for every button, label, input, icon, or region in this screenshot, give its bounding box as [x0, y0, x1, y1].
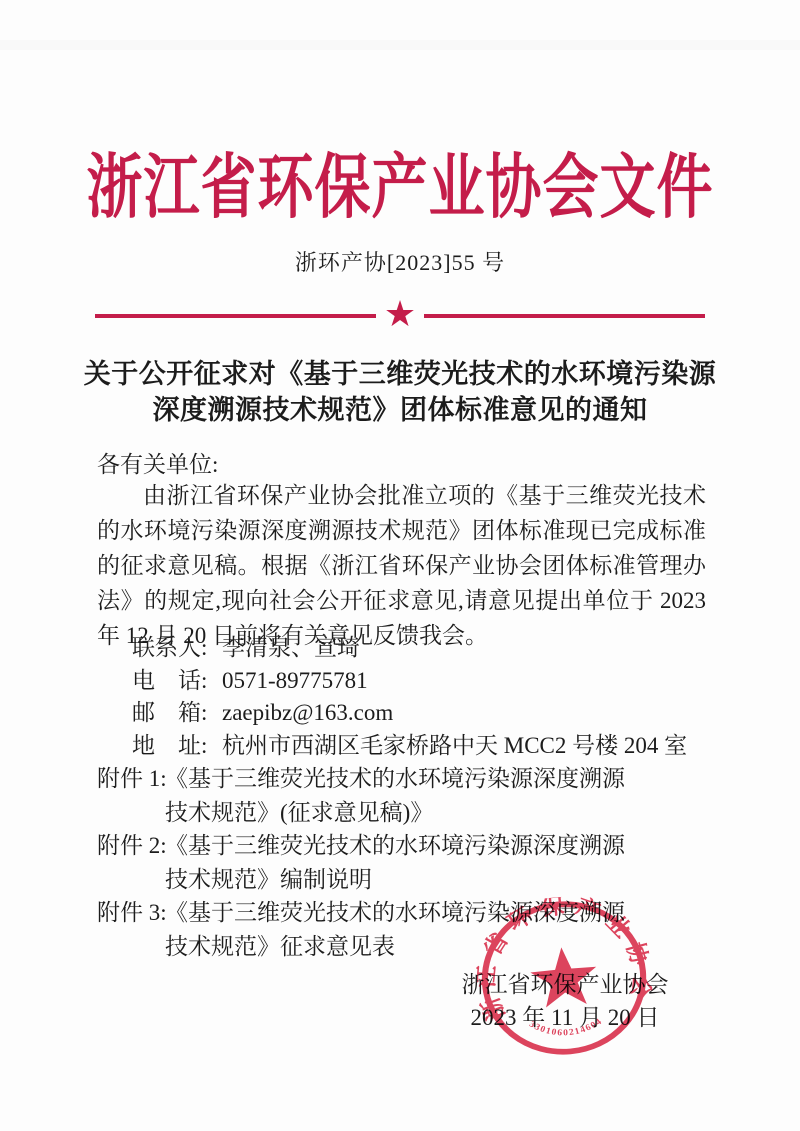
signature-org: 浙江省环保产业协会: [420, 968, 710, 1001]
notice-title-line1: 关于公开征求对《基于三维荧光技术的水环境污染源: [60, 356, 740, 392]
attachment-3: 附件 3: 《基于三维荧光技术的水环境污染源深度溯源 技术规范》征求意见表: [97, 896, 740, 963]
star-icon: ★: [384, 296, 416, 332]
attachment-1-line1: 《基于三维荧光技术的水环境污染源深度溯源: [165, 762, 740, 796]
scan-artifact: [0, 40, 800, 50]
red-divider: ★: [95, 298, 705, 334]
attachment-1: 附件 1: 《基于三维荧光技术的水环境污染源深度溯源 技术规范》(征求意见稿)》: [97, 762, 740, 829]
contact-person-row: 联系人:李清泉、宣琦: [132, 632, 687, 665]
contact-email-value: zaepibz@163.com: [222, 700, 393, 725]
attachment-1-label: 附件 1:: [97, 762, 167, 796]
attachment-3-line2: 技术规范》征求意见表: [165, 930, 740, 964]
attachment-1-line2: 技术规范》(征求意见稿)》: [165, 796, 740, 830]
contact-person-value: 李清泉、宣琦: [222, 635, 360, 660]
attachment-list: 附件 1: 《基于三维荧光技术的水环境污染源深度溯源 技术规范》(征求意见稿)》…: [97, 762, 740, 963]
doc-number: 浙环产协[2023]55 号: [0, 246, 800, 277]
contact-phone-row: 电 话:0571-89775781: [132, 665, 687, 698]
notice-title: 关于公开征求对《基于三维荧光技术的水环境污染源 深度溯源技术规范》团体标准意见的…: [60, 356, 740, 428]
contact-address-value: 杭州市西湖区毛家桥路中天 MCC2 号楼 204 室: [222, 733, 687, 758]
body-paragraph: 由浙江省环保产业协会批准立项的《基于三维荧光技术的水环境污染源深度溯源技术规范》…: [97, 478, 706, 653]
attachment-2-label: 附件 2:: [97, 829, 167, 863]
attachment-2-line2: 技术规范》编制说明: [165, 863, 740, 897]
attachment-3-label: 附件 3:: [97, 896, 167, 930]
contact-phone-value: 0571-89775781: [222, 668, 368, 693]
contact-address-label: 地 址:: [132, 730, 214, 763]
divider-rule-right: [424, 314, 705, 318]
contact-email-label: 邮 箱:: [132, 697, 214, 730]
contact-person-label: 联系人:: [132, 632, 214, 665]
notice-title-line2: 深度溯源技术规范》团体标准意见的通知: [60, 392, 740, 428]
contact-email-row: 邮 箱:zaepibz@163.com: [132, 697, 687, 730]
attachment-3-line1: 《基于三维荧光技术的水环境污染源深度溯源: [165, 896, 740, 930]
contact-phone-label: 电 话:: [132, 665, 214, 698]
divider-rule-left: [95, 314, 376, 318]
salutation: 各有关单位:: [97, 446, 218, 479]
signature-block: 浙江省环保产业协会 2023 年 11 月 20 日: [420, 968, 710, 1034]
signature-date: 2023 年 11 月 20 日: [420, 1001, 710, 1034]
header-org-title: 浙江省环保产业协会文件: [0, 132, 800, 232]
contact-info: 联系人:李清泉、宣琦 电 话:0571-89775781 邮 箱:zaepibz…: [132, 632, 687, 762]
attachment-2-line1: 《基于三维荧光技术的水环境污染源深度溯源: [165, 829, 740, 863]
attachment-2: 附件 2: 《基于三维荧光技术的水环境污染源深度溯源 技术规范》编制说明: [97, 829, 740, 896]
document-page: 浙江省环保产业协会文件 浙环产协[2023]55 号 ★ 关于公开征求对《基于三…: [0, 0, 800, 1131]
contact-address-row: 地 址:杭州市西湖区毛家桥路中天 MCC2 号楼 204 室: [132, 730, 687, 763]
